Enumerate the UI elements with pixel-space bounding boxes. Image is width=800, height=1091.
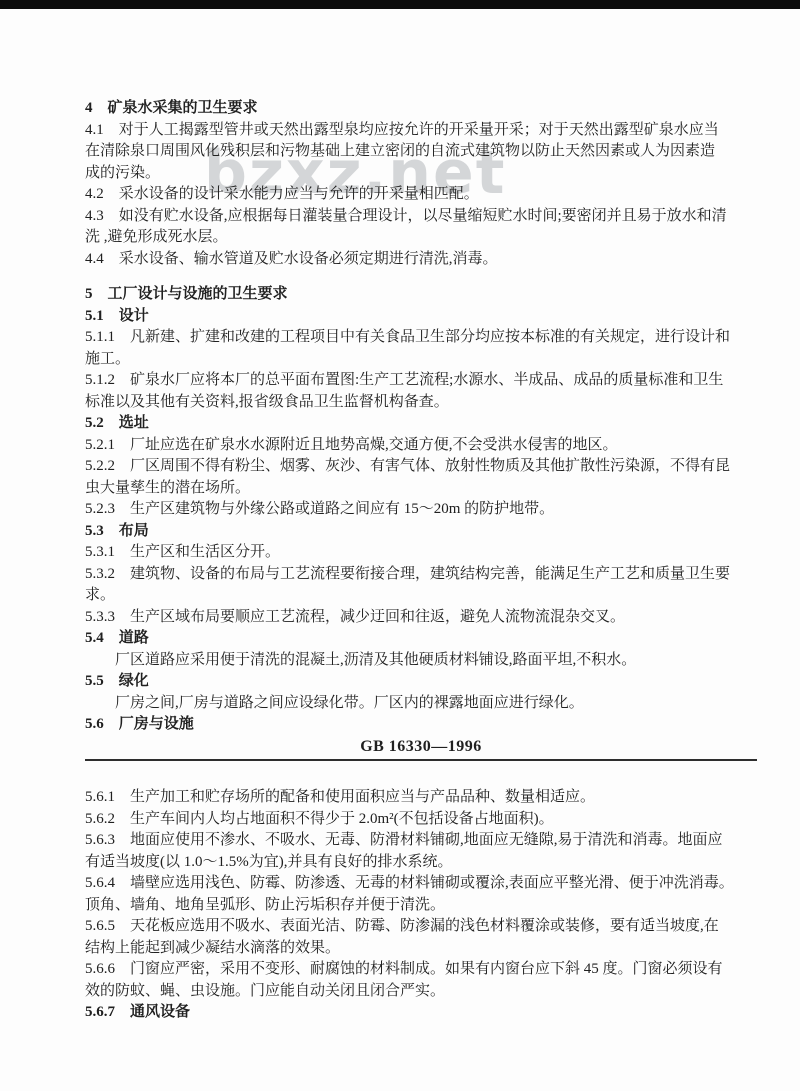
- section-heading: 5 工厂设计与设施的卫生要求: [85, 284, 757, 306]
- section-heading: 5.3 布局: [85, 521, 757, 543]
- clause-text-line: 成的污染。: [85, 163, 757, 185]
- clause-text-line: 结构上能起到减少凝结水滴落的效果。: [85, 938, 757, 960]
- clause-text-line: 5.3.1 生产区和生活区分开。: [85, 542, 757, 564]
- indented-text-line: 厂区道路应采用便于清洗的混凝土,沥清及其他硬质材料铺设,路面平坦,不积水。: [85, 650, 757, 672]
- clause-text-line: 5.6.1 生产加工和贮存场所的配备和使用面积应当与产品品种、数量相适应。: [85, 787, 757, 809]
- clause-text-line: 5.6.3 地面应使用不渗水、不吸水、无毒、防滑材料铺砌,地面应无缝隙,易于清洗…: [85, 830, 757, 852]
- section-heading: 4 矿泉水采集的卫生要求: [85, 98, 757, 120]
- scan-edge-artifact: [0, 0, 800, 9]
- clause-text-line: 5.3.3 生产区域布局要顺应工艺流程，减少迂回和往返，避免人流物流混杂交叉。: [85, 607, 757, 629]
- clause-text-line: 洗 ,避免形成死水层。: [85, 227, 757, 249]
- section-heading: 5.5 绿化: [85, 671, 757, 693]
- clause-text-line: 求。: [85, 585, 757, 607]
- clause-text-line: 效的防蚊、蝇、虫设施。门应能自动关闭且闭合严实。: [85, 981, 757, 1003]
- standard-code: GB 16330—1996: [85, 736, 757, 758]
- section-heading: 5.4 道路: [85, 628, 757, 650]
- clause-text-line: 5.6.5 天花板应选用不吸水、表面光洁、防霉、防渗漏的浅色材料覆涂或装修，要有…: [85, 916, 757, 938]
- clause-text-line: 5.2.3 生产区建筑物与外缘公路或道路之间应有 15～20m 的防护地带。: [85, 499, 757, 521]
- clause-text-line: 顶角、墙角、地角呈弧形、防止污垢积存并便于清洗。: [85, 895, 757, 917]
- clause-text-line: 5.1.2 矿泉水厂应将本厂的总平面布置图:生产工艺流程;水源水、半成品、成品的…: [85, 370, 757, 392]
- clause-text-line: 5.2.1 厂址应选在矿泉水水源附近且地势高燥,交通方便,不会受洪水侵害的地区。: [85, 435, 757, 457]
- clause-text-line: 4.3 如没有贮水设备,应根据每日灌装量合理设计，以尽量缩短贮水时间;要密闭并且…: [85, 206, 757, 228]
- clause-text-line: 5.6.6 门窗应严密，采用不变形、耐腐蚀的材料制成。如果有内窗台应下斜 45 …: [85, 959, 757, 981]
- section-heading: 5.2 选址: [85, 413, 757, 435]
- clause-text-line: 标准以及其他有关资料,报省级食品卫生监督机构备查。: [85, 392, 757, 414]
- section-heading: 5.6.7 通风设备: [85, 1002, 757, 1024]
- clause-text-line: 在清除泉口周围风化残积层和污物基础上建立密闭的自流式建筑物以防止天然因素或人为因…: [85, 141, 757, 163]
- clause-text-line: 施工。: [85, 349, 757, 371]
- divider-rule: [85, 759, 757, 761]
- clause-text-line: 5.6.2 生产车间内人均占地面积不得少于 2.0m²(不包括设备占地面积)。: [85, 809, 757, 831]
- clause-text-line: 5.6.4 墙壁应选用浅色、防霉、防渗透、无毒的材料铺砌或覆涂,表面应平整光滑、…: [85, 873, 757, 895]
- clause-text-line: 5.3.2 建筑物、设备的布局与工艺流程要衔接合理，建筑结构完善，能满足生产工艺…: [85, 564, 757, 586]
- clause-text-line: 4.4 采水设备、输水管道及贮水设备必须定期进行清洗,消毒。: [85, 249, 757, 271]
- section-heading: 5.1 设计: [85, 306, 757, 328]
- clause-text-line: 5.1.1 凡新建、扩建和改建的工程项目中有关食品卫生部分均应按本标准的有关规定…: [85, 327, 757, 349]
- clause-text-line: 5.2.2 厂区周围不得有粉尘、烟雾、灰沙、有害气体、放射性物质及其他扩散性污染…: [85, 456, 757, 478]
- document-body: 4 矿泉水采集的卫生要求4.1 对于人工揭露型管井或天然出露型泉均应按允许的开采…: [85, 98, 757, 1024]
- indented-text-line: 厂房之间,厂房与道路之间应设绿化带。厂区内的裸露地面应进行绿化。: [85, 693, 757, 715]
- document-page: bzxz.net 4 矿泉水采集的卫生要求4.1 对于人工揭露型管井或天然出露型…: [0, 0, 800, 1091]
- clause-text-line: 虫大量孳生的潜在场所。: [85, 478, 757, 500]
- section-heading: 5.6 厂房与设施: [85, 714, 757, 736]
- clause-text-line: 有适当坡度(以 1.0～1.5%为宜),并具有良好的排水系统。: [85, 852, 757, 874]
- clause-text-line: 4.1 对于人工揭露型管井或天然出露型泉均应按允许的开采量开采；对于天然出露型矿…: [85, 120, 757, 142]
- clause-text-line: 4.2 采水设备的设计采水能力应当与允许的开采量相匹配。: [85, 184, 757, 206]
